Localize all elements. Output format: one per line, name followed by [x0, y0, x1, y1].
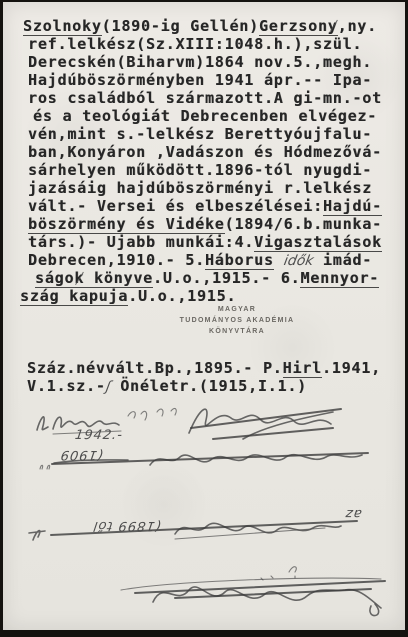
- typed-text: ros családból származott.A gi-mn.-ot: [28, 89, 382, 107]
- typed-line: Debrecen,1910.- 5.Háborus idők imád-: [28, 251, 382, 269]
- typed-text: társ.)- Ujabb munkái:4.: [28, 233, 254, 251]
- typed-text: Hajdú-: [323, 197, 382, 216]
- typed-text: és a teológiát Debrecenben elvégez-: [33, 107, 377, 125]
- typed-line: böszörmény és Vidéke(1894/6.b.munka-: [28, 215, 382, 233]
- handwritten-inverted-year: (1899 től: [92, 518, 162, 533]
- typed-line: Derecskén(Biharvm)1864 nov.5.,megh.: [28, 53, 382, 71]
- index-card: Szolnoky(1890-ig Gellén)Gerzsony,ny.ref.…: [3, 2, 405, 630]
- typed-line: V.1.sz.-ʃ Önéletr.(1915,I.1.): [27, 377, 381, 395]
- pencil-scribble: [181, 397, 349, 447]
- typed-text: sárhelyen működött.1896-tól nyugdi-: [28, 161, 372, 179]
- typed-text: .U.o.,1915.: [128, 287, 236, 305]
- pencil-annotation-inverted: (1909: [28, 442, 373, 476]
- typed-text: Mennyor-: [300, 269, 379, 288]
- typed-line: vén,mint s.-lelkész Berettyóujfalu-: [28, 125, 382, 143]
- typed-line: jazásáig hajdúböszörményi r.lelkész: [28, 179, 382, 197]
- typed-text: Szolnoky: [23, 17, 102, 36]
- typed-line: Hajdúböszörményben 1941 ápr.-- Ipa-: [28, 71, 382, 89]
- typed-text: y: [328, 17, 338, 36]
- typed-line: szág kapuja.U.o.,1915.: [20, 287, 382, 305]
- typed-entry-block: Szolnoky(1890-ig Gellén)Gerzsony,ny.ref.…: [23, 17, 382, 305]
- typed-text: ,ny.: [338, 17, 377, 35]
- stamp-line: KÖNYVTÁRA: [171, 326, 303, 337]
- typed-text: Gerzson: [259, 17, 328, 36]
- typed-line: ságok könyve.U.o.,1915.- 6.Mennyor-: [35, 269, 382, 287]
- library-stamp: MAGYAR TUDOMÁNYOS AKADÉMIA KÖNYVTÁRA: [171, 304, 303, 337]
- handwritten-inverted-year: (1909: [59, 447, 104, 462]
- stamp-line: MAGYAR: [171, 304, 303, 315]
- typed-text: Háborus: [205, 251, 274, 270]
- typed-text: ban,Konyáron ,Vadászon és Hódmezővá-: [28, 143, 382, 161]
- typed-text: szág kapuja: [20, 287, 128, 306]
- stamp-line: TUDOMÁNYOS AKADÉMIA: [171, 315, 303, 326]
- typed-text: jazásáig hajdúböszörményi r.lelkész: [28, 179, 372, 197]
- typed-text: Hajdúböszörményben 1941 ápr.-- Ipa-: [28, 71, 372, 89]
- typed-text: könyve: [84, 269, 153, 288]
- typed-text: .1941,: [322, 359, 381, 377]
- typed-line: vált.- Versei és elbeszélései:Hajdú-: [28, 197, 382, 215]
- scanned-card-page: { "colors": { "paper": "#e9e7e1", "ink":…: [0, 0, 408, 637]
- typed-line: és a teológiát Debrecenben elvégez-: [33, 107, 382, 125]
- typed-line: Szolnoky(1890-ig Gellén)Gerzsony,ny.: [23, 17, 382, 35]
- typed-text: Hirl: [283, 359, 322, 378]
- pencil-annotation-inverted: (1899 től az: [25, 504, 375, 550]
- typed-text: V.1.sz.-: [27, 377, 106, 395]
- typed-line: ref.lelkész(Sz.XIII:1048.h.),szül.: [28, 35, 382, 53]
- pencil-signature-crossed: [113, 562, 398, 620]
- pencil-annotation-row: 1942.-: [31, 404, 181, 440]
- typed-text: Önéletr.(1915,I.1.): [110, 377, 307, 395]
- typed-references-block: Száz.névvált.Bp.,1895.- P.Hirl.1941,V.1.…: [27, 359, 381, 395]
- typed-text: Száz.névvált.Bp.,1895.- P.: [27, 359, 283, 377]
- handwritten-insert: idők: [282, 252, 315, 270]
- handwritten-inverted-word: az: [344, 506, 363, 521]
- typed-line: ban,Konyáron ,Vadászon és Hódmezővá-: [28, 143, 382, 161]
- typed-text: ref.lelkész(Sz.XIII:1048.h.),szül.: [28, 35, 362, 53]
- typed-line: ros családból származott.A gi-mn.-ot: [28, 89, 382, 107]
- typed-line: társ.)- Ujabb munkái:4.Vigasztalások: [28, 233, 382, 251]
- typed-text: (1890-ig Gellén): [102, 17, 259, 35]
- typed-text: (1894/6.b.munka-: [225, 215, 382, 233]
- pencil-scribble: [25, 504, 375, 550]
- typed-text: Debrecen,1910.- 5.: [28, 251, 205, 269]
- handwritten-year: 1942.-: [74, 428, 124, 443]
- typed-text: vén,mint s.-lelkész Berettyóujfalu-: [28, 125, 372, 143]
- typed-text: Vigasztalások: [254, 233, 382, 252]
- typed-text: ságo: [35, 269, 74, 288]
- typed-line: Száz.névvált.Bp.,1895.- P.Hirl.1941,: [27, 359, 381, 377]
- typed-text: imád-: [313, 251, 372, 269]
- typed-text: .U.o.,1915.- 6.: [153, 269, 300, 287]
- typed-line: sárhelyen működött.1896-tól nyugdi-: [28, 161, 382, 179]
- typed-text: böszörmény és Vidéke: [28, 215, 225, 234]
- typed-text: k: [74, 269, 84, 288]
- pencil-scribble: [113, 562, 398, 620]
- pencil-annotation-crossed: [181, 397, 349, 447]
- typed-text: vált.- Versei és elbeszélései:: [28, 197, 323, 215]
- typed-text: Derecskén(Biharvm)1864 nov.5.,megh.: [28, 53, 372, 71]
